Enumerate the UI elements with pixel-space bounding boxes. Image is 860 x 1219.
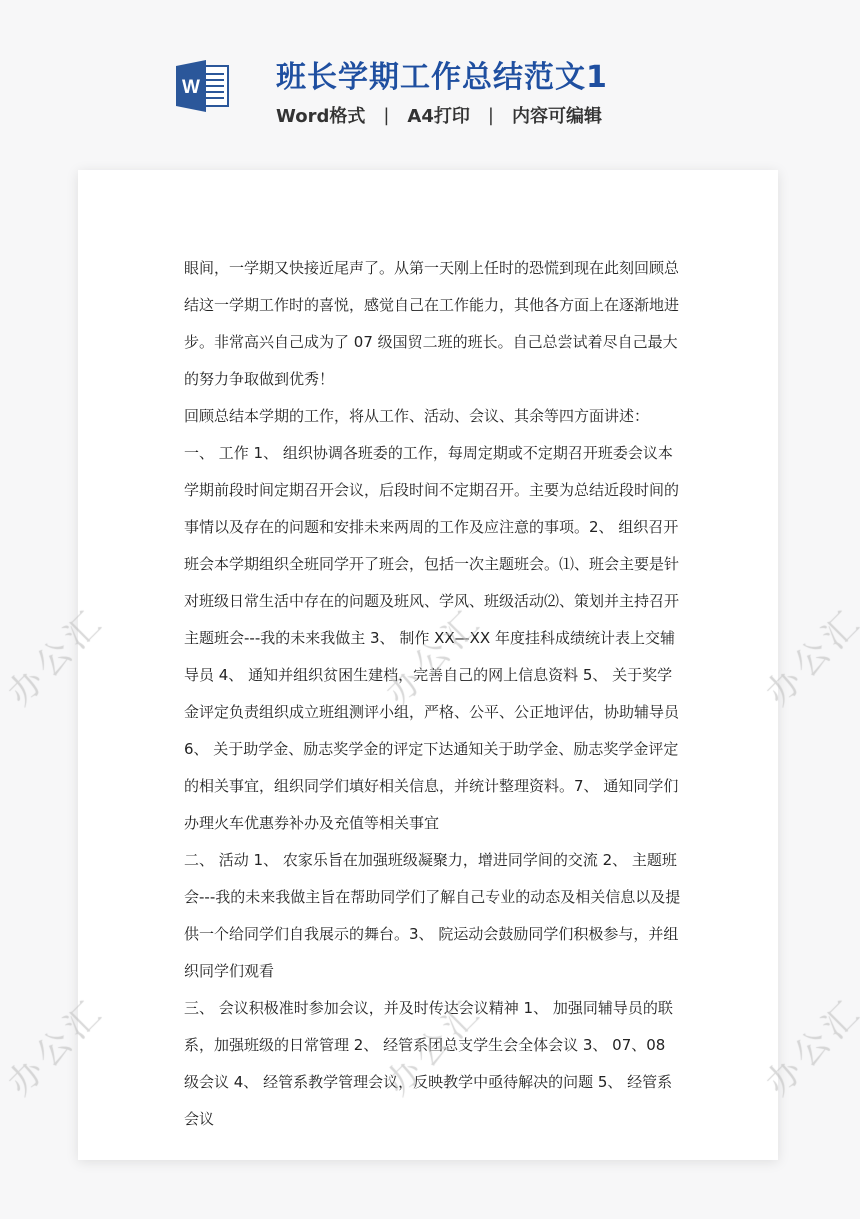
- document-tags: Word格式 | A4打印 | 内容可编辑: [276, 102, 602, 128]
- tag-separator: |: [488, 105, 494, 126]
- tag-editable: 内容可编辑: [512, 102, 602, 128]
- paragraph-meetings: 三、 会议积极准时参加会议，并及时传达会议精神 1、 加强同辅导员的联系，加强班…: [184, 990, 684, 1138]
- document-body: 眼间，一学期又快接近尾声了。从第一天刚上任时的恐慌到现在此刻回顾总结这一学期工作…: [184, 250, 684, 1138]
- tag-print: A4打印: [407, 102, 469, 128]
- document-page: 眼间，一学期又快接近尾声了。从第一天刚上任时的恐慌到现在此刻回顾总结这一学期工作…: [78, 170, 778, 1160]
- paragraph-work: 一、 工作 1、 组织协调各班委的工作，每周定期或不定期召开班委会议本学期前段时…: [184, 435, 684, 842]
- document-title: 班长学期工作总结范文1: [276, 52, 608, 96]
- svg-text:W: W: [182, 77, 200, 98]
- tag-format: Word格式: [276, 102, 365, 128]
- page-header: W 班长学期工作总结范文1 Word格式 | A4打印 | 内容可编辑: [0, 0, 860, 160]
- paragraph-overview: 回顾总结本学期的工作，将从工作、活动、会议、其余等四方面讲述：: [184, 398, 684, 435]
- word-document-icon: W: [174, 60, 230, 112]
- paragraph-intro: 眼间，一学期又快接近尾声了。从第一天刚上任时的恐慌到现在此刻回顾总结这一学期工作…: [184, 250, 684, 398]
- tag-separator: |: [383, 105, 389, 126]
- paragraph-activities: 二、 活动 1、 农家乐旨在加强班级凝聚力，增进同学间的交流 2、 主题班会--…: [184, 842, 684, 990]
